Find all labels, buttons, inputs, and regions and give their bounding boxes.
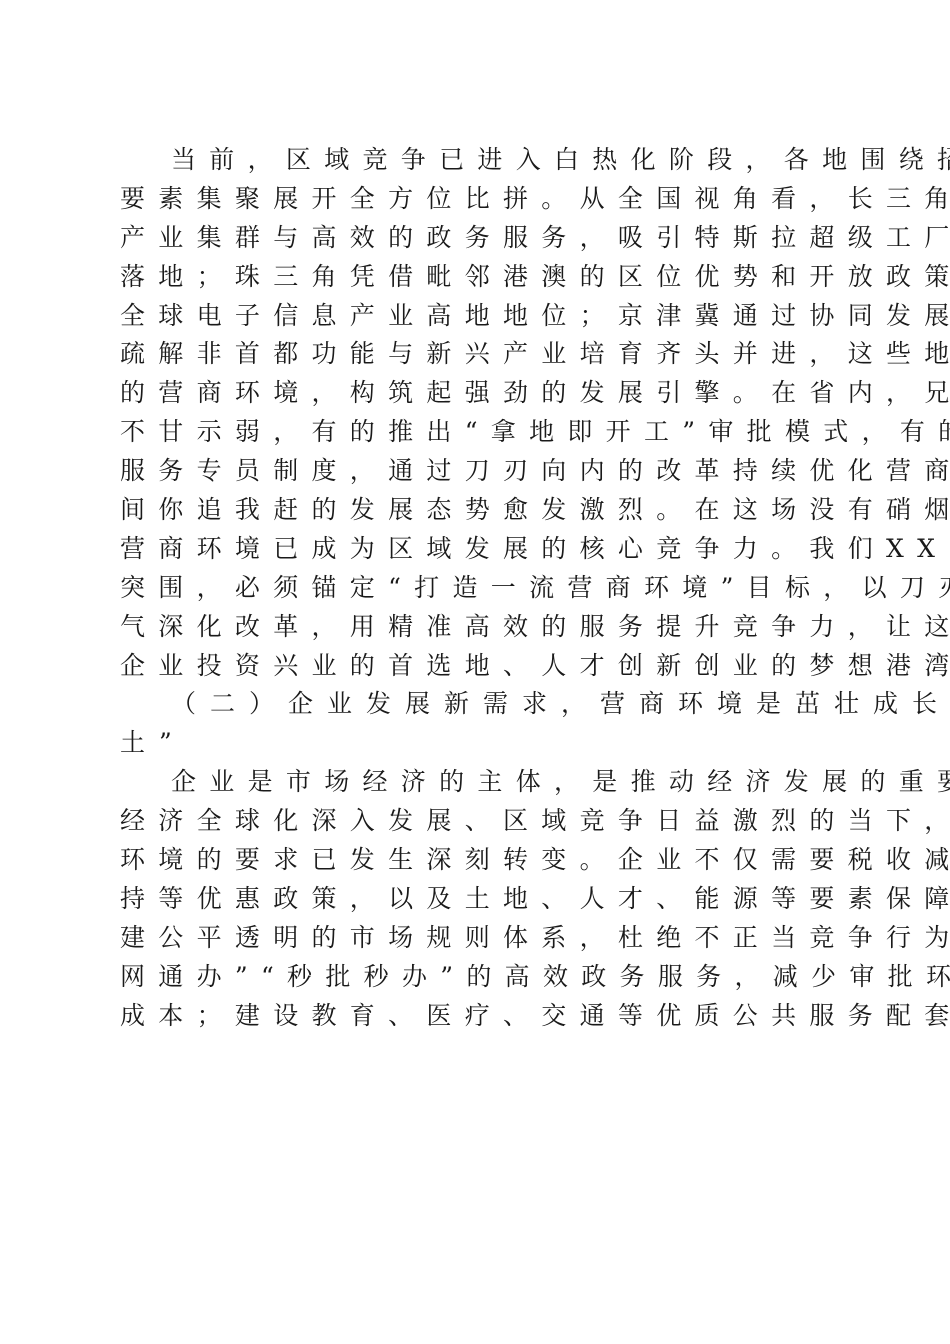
document-page: 当前，区域竞争已进入白热化阶段，各地围绕招商引资、 要素集聚展开全方位比拼。从全… [0, 0, 950, 1344]
paragraph-line: 企业投资兴业的首选地、人才创新创业的梦想港湾。 [120, 647, 830, 686]
paragraph-line: 产业集群与高效的政务服务，吸引特斯拉超级工厂等重大项目 [120, 219, 830, 258]
paragraph-line: 建公平透明的市场规则体系，杜绝不正当竞争行为；打造“一 [120, 919, 830, 958]
section-heading: （二）企业发展新需求，营商环境是茁壮成长的“营养 [120, 685, 830, 724]
document-body: 当前，区域竞争已进入白热化阶段，各地围绕招商引资、 要素集聚展开全方位比拼。从全… [120, 141, 830, 1035]
paragraph-line: 要素集聚展开全方位比拼。从全国视角看，长三角依托完善的 [120, 180, 830, 219]
paragraph-line: 落地；珠三角凭借毗邻港澳的区位优势和开放政策，持续巩固 [120, 258, 830, 297]
paragraph-line: 营商环境已成为区域发展的核心竞争力。我们XX区要实现破局 [120, 530, 830, 569]
paragraph-line: 企业是市场经济的主体，是推动经济发展的重要力量。在 [120, 763, 830, 802]
paragraph-line: 持等优惠政策，以及土地、人才、能源等要素保障，更期待构 [120, 880, 830, 919]
paragraph-line: 间你追我赶的发展态势愈发激烈。在这场没有硝烟的竞赛中， [120, 491, 830, 530]
paragraph-line: 疏解非首都功能与新兴产业培育齐头并进，这些地区凭借优越 [120, 335, 830, 374]
paragraph-line: 成本；建设教育、医疗、交通等优质公共服务配套，解决企业 [120, 997, 830, 1036]
paragraph-line: 的营商环境，构筑起强劲的发展引擎。在省内，兄弟县区同样 [120, 374, 830, 413]
paragraph-line: 环境的要求已发生深刻转变。企业不仅需要税收减免、资金扶 [120, 841, 830, 880]
paragraph-line: 网通办”“秒批秒办”的高效政务服务，减少审批环节与时间 [120, 958, 830, 997]
paragraph-line: 不甘示弱，有的推出“拿地即开工”审批模式，有的建立企业 [120, 413, 830, 452]
paragraph-line: 经济全球化深入发展、区域竞争日益激烈的当下，企业对营商 [120, 802, 830, 841]
paragraph-line: 当前，区域竞争已进入白热化阶段，各地围绕招商引资、 [120, 141, 830, 180]
paragraph-line: 气深化改革，用精准高效的服务提升竞争力，让这片热土成为 [120, 608, 830, 647]
paragraph-line: 服务专员制度，通过刀刃向内的改革持续优化营商环境，区域 [120, 452, 830, 491]
paragraph-line: 突围，必须锚定“打造一流营商环境”目标，以刀刃向内的勇 [120, 569, 830, 608]
section-heading: 土” [120, 724, 830, 763]
paragraph-line: 全球电子信息产业高地地位；京津冀通过协同发展战略，推动 [120, 297, 830, 336]
